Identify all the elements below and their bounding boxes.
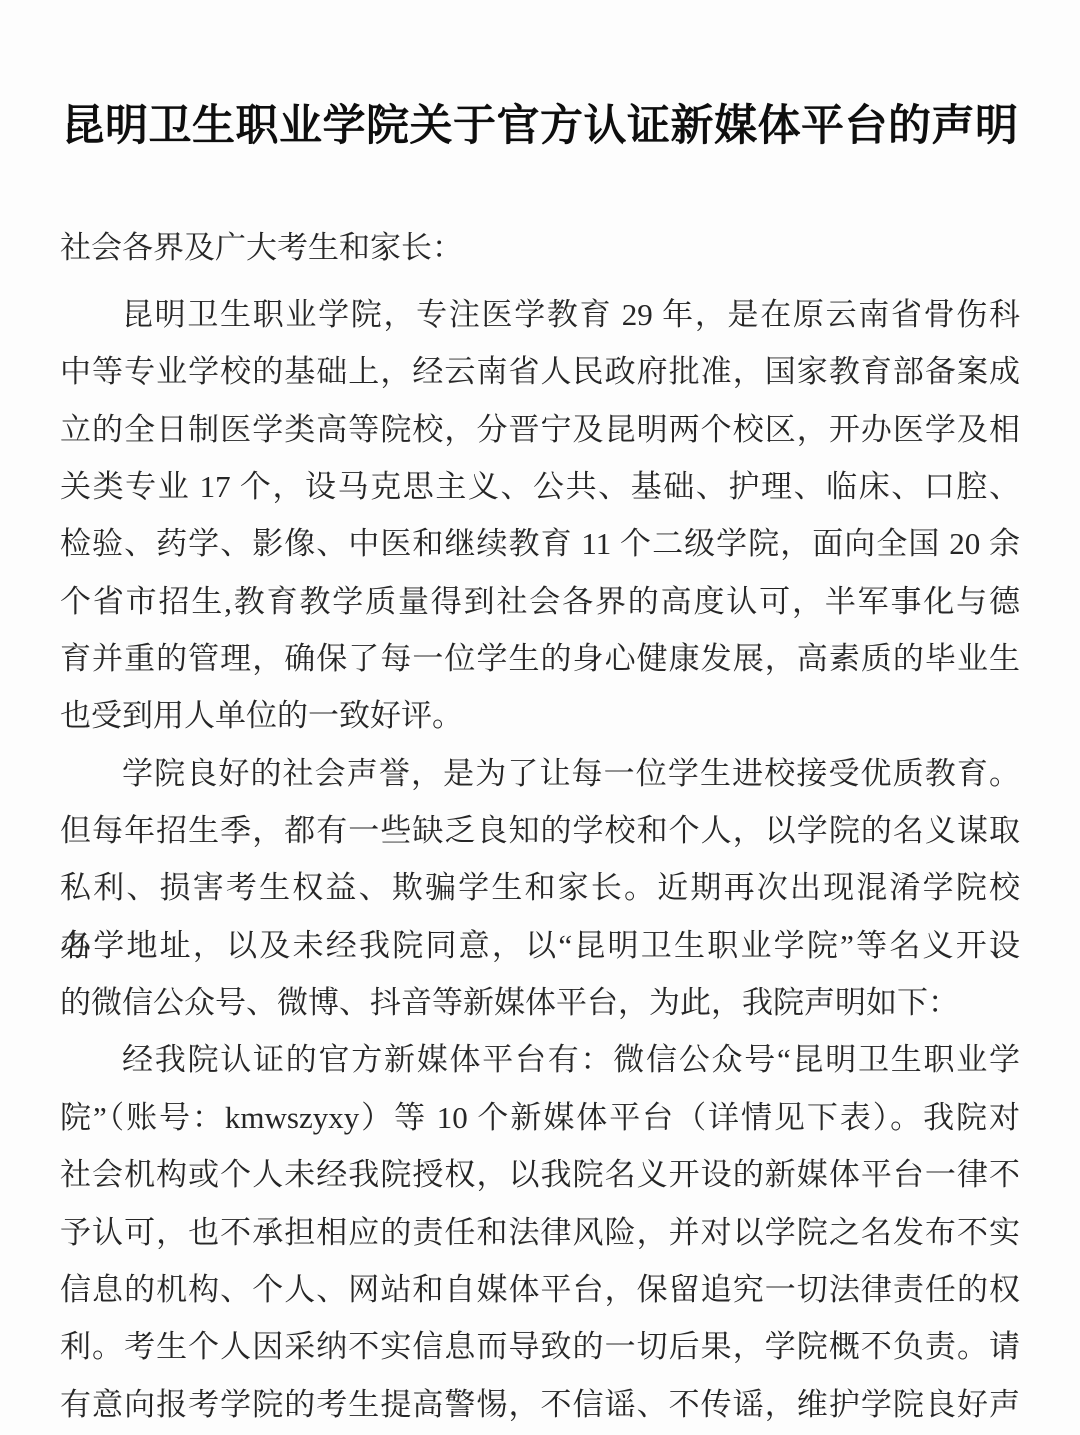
body-line: 育并重的管理，确保了每一位学生的身心健康发展，高素质的毕业生 [60, 630, 1020, 687]
body-line: 社会机构或个人未经我院授权，以我院名义开设的新媒体平台一律不 [60, 1146, 1020, 1203]
body-line: 有意向报考学院的考生提高警惕，不信谣、不传谣，维护学院良好声 [60, 1376, 1020, 1433]
body-line paragraph-end: 也受到用人单位的一致好评。 [60, 687, 1020, 744]
body-line: 予认可，也不承担相应的责任和法律风险，并对以学院之名发布不实 [60, 1204, 1020, 1261]
body-line: 中等专业学校的基础上，经云南省人民政府批准，国家教育部备案成 [60, 343, 1020, 400]
body-line paragraph-start: 经我院认证的官方新媒体平台有：微信公众号“昆明卫生职业学 [60, 1031, 1020, 1088]
body-line: 利。考生个人因采纳不实信息而导致的一切后果，学院概不负责。请 [60, 1318, 1020, 1375]
body-line paragraph-start: 学院良好的社会声誉，是为了让每一位学生进校接受优质教育。 [60, 745, 1020, 802]
body-line: 关类专业 17 个，设马克思主义、公共、基础、护理、临床、口腔、 [60, 458, 1020, 515]
body-line: 信息的机构、个人、网站和自媒体平台，保留追究一切法律责任的权 [60, 1261, 1020, 1318]
body-line: 但每年招生季，都有一些缺乏良知的学校和个人，以学院的名义谋取 [60, 802, 1020, 859]
body-line: 个省市招生,教育教学质量得到社会各界的高度认可，半军事化与德 [60, 573, 1020, 630]
body-line: 办学地址，以及未经我院同意，以“昆明卫生职业学院”等名义开设 [60, 917, 1020, 974]
body-line: 立的全日制医学类高等院校，分晋宁及昆明两个校区，开办医学及相 [60, 401, 1020, 458]
body-line paragraph-end: 的微信公众号、微博、抖音等新媒体平台，为此，我院声明如下： [60, 974, 1020, 1031]
body-line: 私利、损害考生权益、欺骗学生和家长。近期再次出现混淆学院校名、 [60, 859, 1020, 916]
body-line: 昆明卫生职业学院，专注医学教育 29 年，是在原云南省骨伤科 [60, 286, 1020, 343]
document-title: 昆明卫生职业学院关于官方认证新媒体平台的声明 [30, 94, 1050, 160]
document-body: 昆明卫生职业学院，专注医学教育 29 年，是在原云南省骨伤科 中等专业学校的基础… [60, 286, 1020, 1433]
body-line: 院”（账号：kmwszyxy）等 10 个新媒体平台（详情见下表）。我院对 [60, 1089, 1020, 1146]
body-line: 检验、药学、影像、中医和继续教育 11 个二级学院，面向全国 20 余 [60, 515, 1020, 572]
salutation-line: 社会各界及广大考生和家长： [60, 219, 1020, 276]
statement-document-page: 昆明卫生职业学院关于官方认证新媒体平台的声明 社会各界及广大考生和家长： 昆明卫… [0, 0, 1080, 1435]
